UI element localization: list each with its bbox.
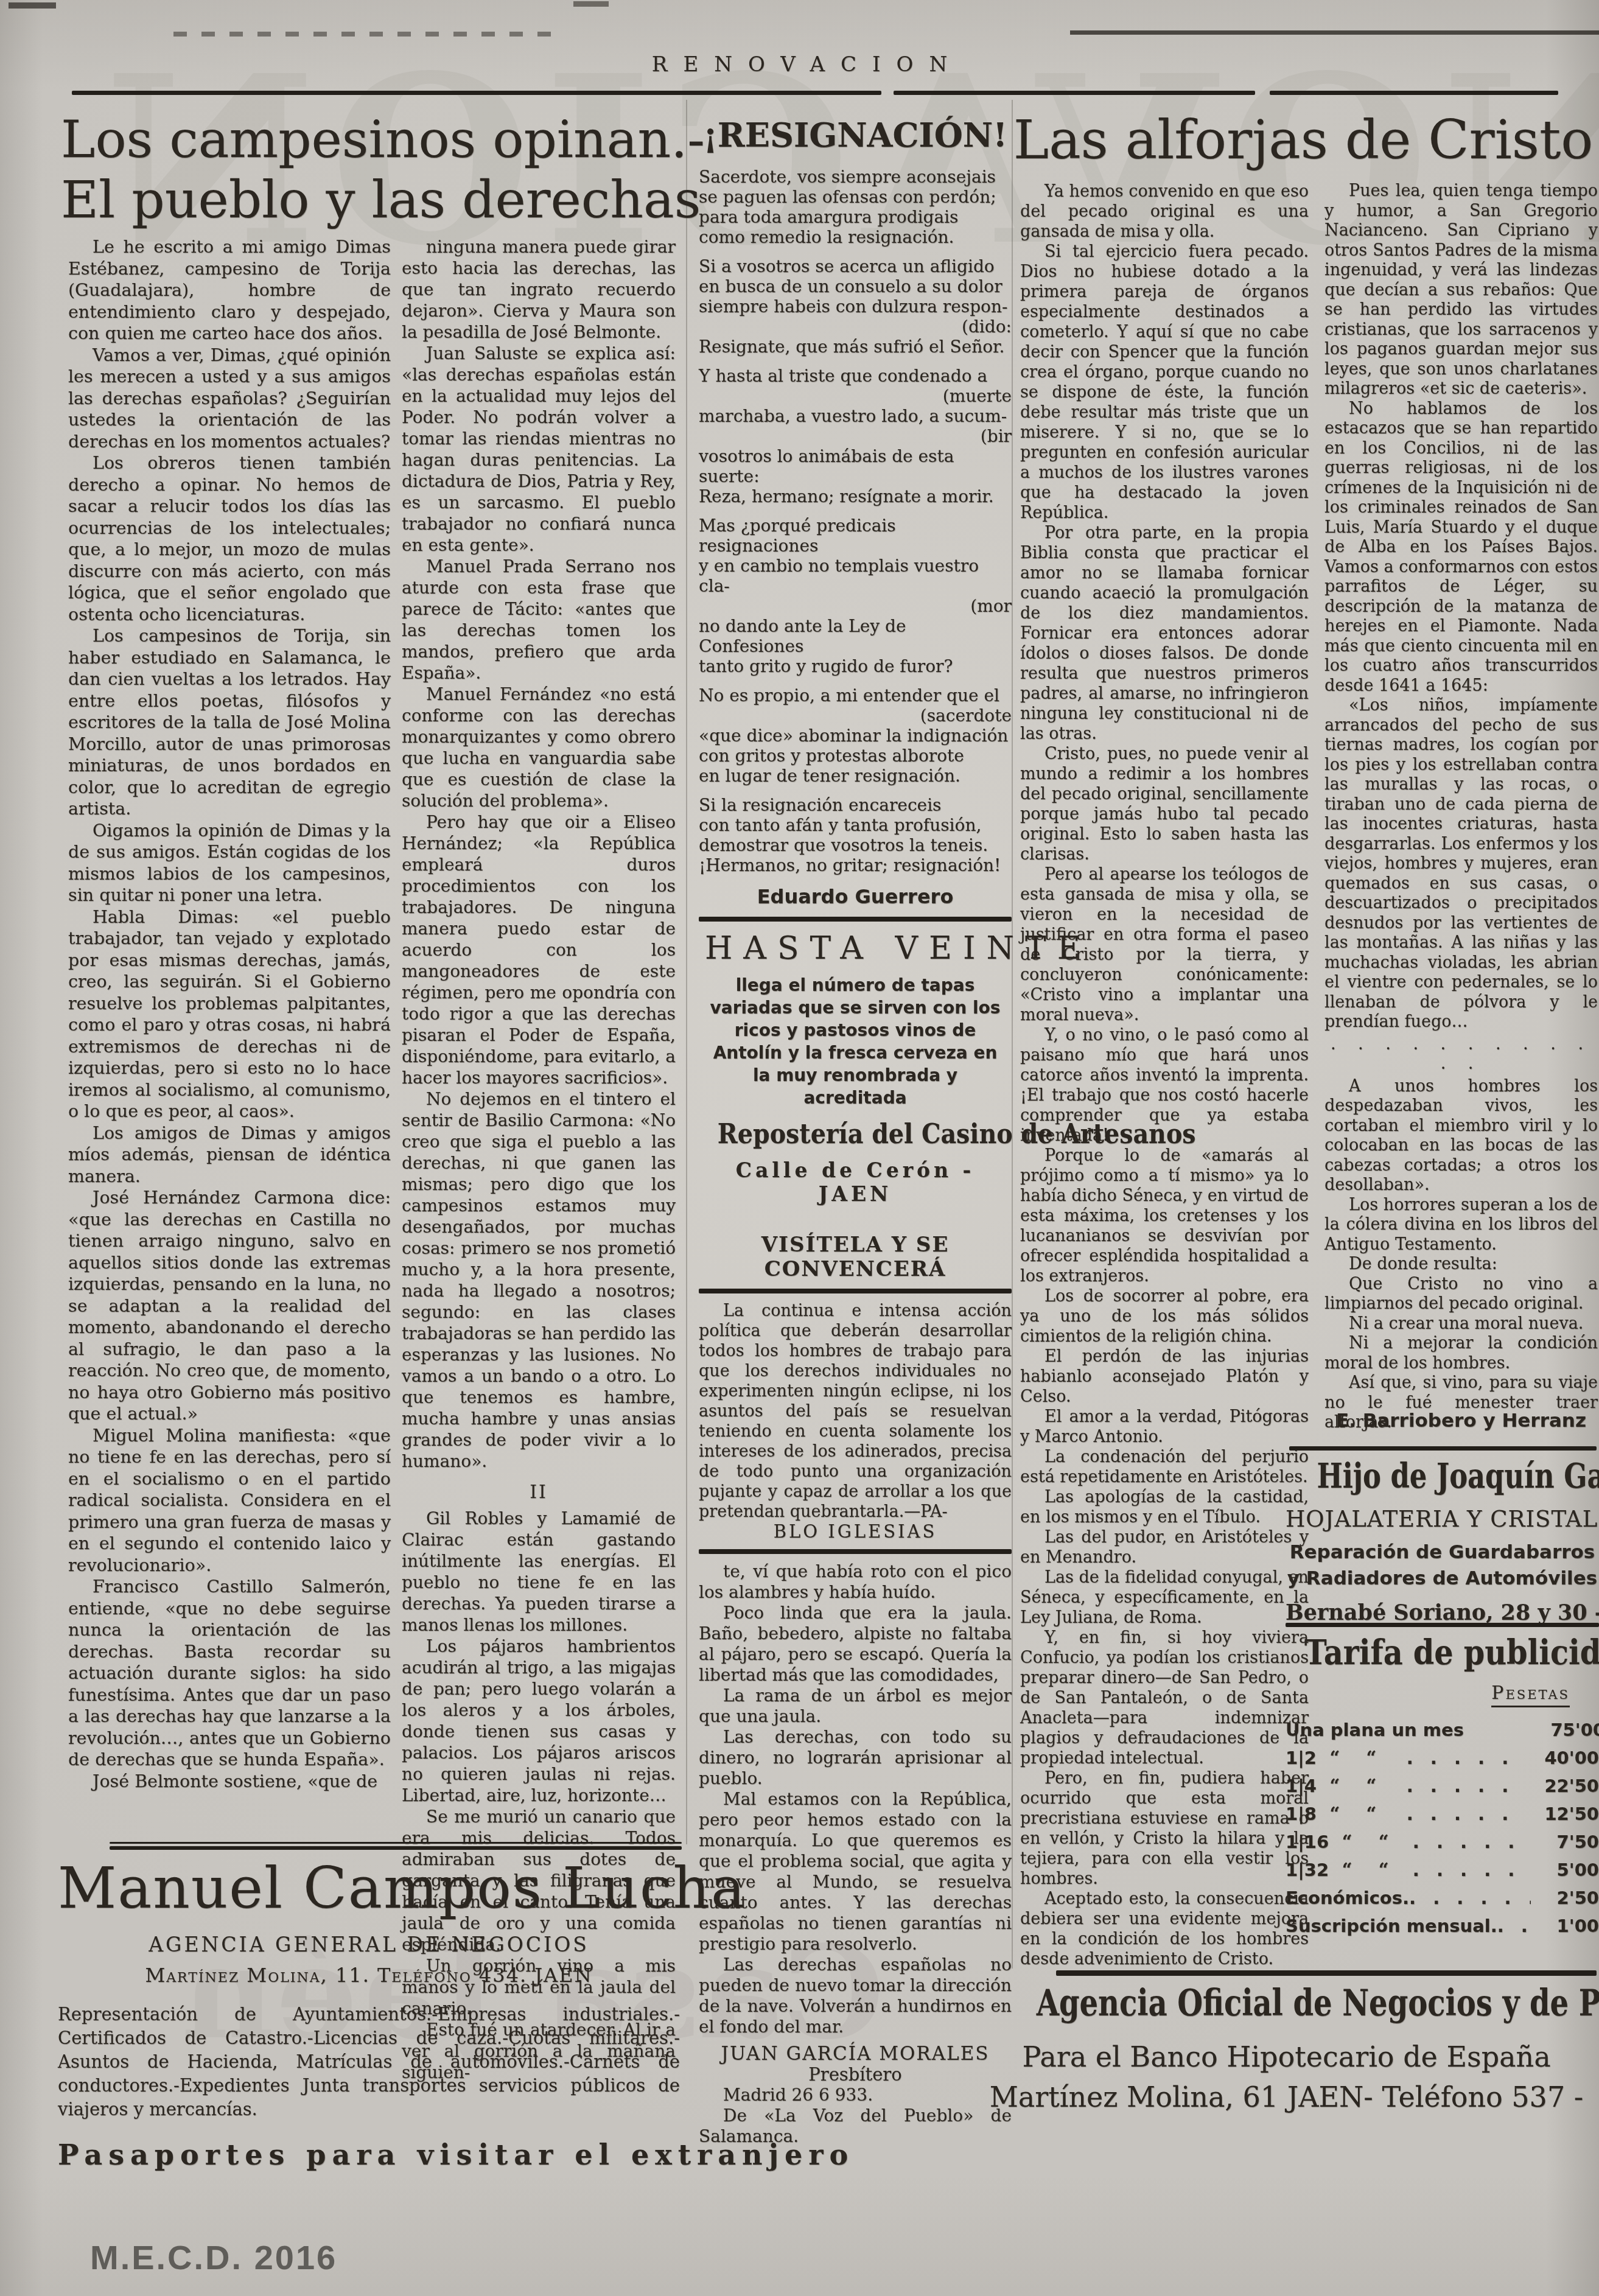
canary-article: te, ví que había roto con el pico los al… <box>699 1561 1012 2147</box>
currency-label: Pesetas <box>1286 1682 1599 1707</box>
scan-artifact <box>573 1 609 7</box>
paragraph: Oigamos la opinión de Dimas y la de sus … <box>68 820 391 906</box>
ad-address: Martínez Molina, 61 JAEN- Teléfono 537 - <box>974 2081 1599 2113</box>
rate-label: Económicos. <box>1286 1888 1409 1908</box>
poem-line: Resignate, que más sufrió el Señor. <box>699 337 1012 357</box>
poem-line: en busca de un consuelo a su dolor <box>699 276 1012 296</box>
poem-line: «que dice» abominar la indignación <box>699 726 1012 746</box>
ditto-mark: “ <box>1317 1804 1353 1824</box>
paragraph: Poco linda que era la jaula. Baño, bebed… <box>699 1603 1012 1685</box>
paragraph: Y, o no vino, o le pasó como al paisano … <box>1020 1025 1309 1146</box>
section-rule <box>699 1289 1012 1293</box>
poem-stanza: Si la resignación encareceis con tanto a… <box>699 795 1012 875</box>
paragraph: Los campesinos de Torija, sin haber estu… <box>68 625 391 820</box>
poem-line: y en cambio no templais vuestro cla- <box>699 556 1012 596</box>
ad-subtitle: HOJALATERIA Y CRISTALERIA <box>1286 1506 1599 1532</box>
ditto-mark: “ <box>1317 1748 1353 1768</box>
dot-leader: . . . . . <box>1497 1916 1531 1936</box>
poem-stanza: Mas ¿porqué predicais resignaciones y en… <box>699 516 1012 676</box>
ad-title: HASTA VEINTE <box>699 930 1012 967</box>
table-row: Económicos. . . . . . . . 2'50 <box>1286 1888 1599 1916</box>
archive-watermark: M.E.C.D. 2016 <box>90 2238 337 2277</box>
paragraph: Aceptado esto, la consecuencia debiera s… <box>1020 1889 1309 1969</box>
ad-manuel-campos: Manuel Campos Lucha AGENCIA GENERAL DE N… <box>58 1855 680 2171</box>
paragraph: Pero, en fin, pudiera haber ocurrido que… <box>1020 1768 1309 1889</box>
rate-price: 40'00 <box>1531 1748 1599 1768</box>
poem-line: con tanto afán y tanta profusión, <box>699 815 1012 835</box>
paragraph: Los horrores superan a los de la cólera … <box>1324 1195 1598 1255</box>
poem-stanza: Sacerdote, vos siempre aconsejais se pag… <box>699 167 1012 247</box>
paragraph: Habla Dimas: «el pueblo trabajador, tan … <box>68 906 391 1122</box>
table-row: 1|2 “ “ . . . . . 40'00 <box>1286 1748 1599 1776</box>
middle-column: ¡RESIGNACIÓN! Sacerdote, vos siempre aco… <box>699 116 1012 2147</box>
paragraph: Los obreros tienen también derecho a opi… <box>68 452 391 625</box>
rate-price: 5'00 <box>1531 1860 1599 1880</box>
column-rule <box>686 100 687 1844</box>
author-signature: Eduardo Guerrero <box>699 885 1012 908</box>
poem-line: se paguen las ofensas con perdón; <box>699 187 1012 207</box>
paragraph: ninguna manera puede girar esto hacia la… <box>402 236 676 343</box>
poem-line: no dando ante la Ley de Confesiones <box>699 616 1012 656</box>
ad-business-name: Hijo de Joaquín García Torres <box>1317 1456 1568 1496</box>
paragraph: Los pájaros hambrientos acudirán al trig… <box>402 1636 676 1806</box>
ditto-mark: “ <box>1317 1776 1353 1796</box>
paragraph: Que Cristo no vino a limpiarnos del peca… <box>1324 1275 1598 1314</box>
scan-artifact-line <box>1070 30 1599 35</box>
ad-business-name: Repostería del Casino de Artesanos <box>718 1118 993 1150</box>
rate-label: 1|8 <box>1286 1804 1317 1824</box>
poem-line: con gritos y protestas alborote <box>699 746 1012 766</box>
ad-rule <box>110 1842 682 1844</box>
rate-price: 1'00 <box>1531 1916 1599 1936</box>
paragraph: Y, en fin, si hoy viviera Confucio, ya p… <box>1020 1628 1309 1768</box>
author-signature: JUAN GARCÍA MORALES <box>699 2043 1012 2064</box>
ad-subtitle: AGENCIA GENERAL DE NEGOCIOS <box>58 1933 680 1956</box>
paragraph: Francisco Castillo Salmerón, entiende, «… <box>68 1576 391 1771</box>
rate-price: 7'50 <box>1531 1832 1599 1852</box>
ad-services: Representación de Ayuntamientos.-Empresa… <box>58 2003 680 2121</box>
poem-line: Y hasta al triste que condenado a <box>699 366 1012 386</box>
rate-label: 1|16 <box>1286 1832 1329 1852</box>
paragraph: Las del pudor, en Aristóteles y en Menan… <box>1020 1527 1309 1567</box>
paragraph: Por otra parte, en la propia Biblia cons… <box>1020 523 1309 744</box>
ditto-mark: “ <box>1365 1832 1402 1852</box>
poem-stanza: Y hasta al triste que condenado a (muert… <box>699 366 1012 506</box>
paragraph: Juan Saluste se explica así: «las derech… <box>402 343 676 556</box>
section-divider: II <box>402 1482 676 1503</box>
ditto-mark: “ <box>1329 1832 1365 1852</box>
poem-line: No es propio, a mi entender que el <box>699 685 1012 705</box>
ad-tagline: Pasaportes para visitar el extranjero <box>58 2138 680 2171</box>
poem-line: ¡Hermanos, no gritar; resignación! <box>699 855 1012 875</box>
ad-hojalateria: Hijo de Joaquín García Torres HOJALATERI… <box>1286 1456 1599 1625</box>
ad-business-name: Manuel Campos Lucha <box>58 1855 680 1922</box>
paragraph: Si tal ejercicio fuera pecado. Dios no h… <box>1020 242 1309 523</box>
poem-line: Si a vosotros se acerca un afligido <box>699 256 1012 276</box>
paragraph: Pero hay que oir a Eliseo Hernández; «la… <box>402 811 676 1088</box>
paragraph: El perdón de las injurias habianlo acons… <box>1020 1346 1309 1407</box>
ad-address: Calle de Cerón - JAEN <box>699 1158 1012 1206</box>
paragraph: Las apologías de la castidad, en los mis… <box>1020 1487 1309 1527</box>
table-row: 1|4 “ “ . . . . . 22'50 <box>1286 1776 1599 1804</box>
headline-line1: Los campesinos opinan.- <box>61 110 663 170</box>
paragraph: Le he escrito a mi amigo Dimas Estébanez… <box>68 236 391 345</box>
paragraph: te, ví que había roto con el pico los al… <box>699 1561 1012 1603</box>
section-rule <box>1056 1970 1597 1976</box>
paragraph: José Belmonte sostiene, «que de <box>68 1771 391 1793</box>
dot-leader: . . . . . <box>1390 1748 1531 1768</box>
paragraph: No hablamos de los estacazos que se han … <box>1324 399 1598 696</box>
poem-line: Mas ¿porqué predicais resignaciones <box>699 516 1012 556</box>
ad-address: Bernabé Soriano, 28 y 30 - JAÉN <box>1286 1600 1599 1625</box>
ditto-mark: “ <box>1353 1776 1390 1796</box>
dot-leader: . . . . . <box>1402 1860 1531 1880</box>
paragraph: Gil Robles y Lamamié de Clairac están ga… <box>402 1508 676 1636</box>
scan-artifact <box>9 2 56 9</box>
paragraph: Ni a crear una moral nueva. <box>1324 1314 1598 1334</box>
currency-label-text: Pesetas <box>1491 1682 1570 1707</box>
paragraph: Representación de Ayuntamientos.-Empresa… <box>58 2003 680 2121</box>
paragraph: Manuel Prada Serrano nos aturde con esta… <box>402 556 676 684</box>
dotted-separator: . . . . . . . . . . . . <box>1324 1035 1598 1074</box>
rate-label: Una plana un mes <box>1286 1720 1464 1740</box>
poem-line: marchaba, a vuestro lado, a sucum- <box>699 406 1012 426</box>
paragraph: Pues lea, quien tenga tiempo y humor, a … <box>1324 181 1598 399</box>
paragraph: Las derechas, con todo su dinero, no log… <box>699 1727 1012 1789</box>
ad-agencia: Agencia Oficial de Negocios y de Préstam… <box>974 1982 1599 2113</box>
ad-rule <box>110 1846 682 1850</box>
dot-leader: . . . . . . . <box>1409 1888 1531 1908</box>
section-rule <box>1289 1446 1597 1451</box>
rates-rows: Una plana un mes . . . . . . 75'00 1|2 “… <box>1286 1720 1599 1944</box>
paragraph: La condenación del perjurio está repetid… <box>1020 1447 1309 1487</box>
article-column-1: Le he escrito a mi amigo Dimas Estébanez… <box>68 236 391 1792</box>
author-signature: E. Barriobero y Herranz <box>1324 1410 1598 1432</box>
rate-price: 75'00 <box>1537 1720 1599 1740</box>
poem-line-continuation: (bir <box>699 426 1012 446</box>
paragraph: Pero al apearse los teólogos de esta gan… <box>1020 864 1309 1025</box>
ditto-mark: “ <box>1329 1860 1365 1880</box>
paragraph: A unos hombres los despedazaban vivos, l… <box>1324 1077 1598 1195</box>
poem-line: siempre habeis con dulzura respon- <box>699 296 1012 317</box>
paragraph: Las de la fidelidad conyugal, en Séneca,… <box>1020 1567 1309 1628</box>
section-rule <box>699 917 1012 922</box>
headline-alforjas: Las alforjas de Cristo <box>1007 108 1599 171</box>
poem-line-continuation: (sacerdote <box>699 705 1012 726</box>
section-rule <box>1286 1623 1599 1627</box>
author-role: Presbítero <box>699 2064 1012 2085</box>
ad-line1: Para el Banco Hipotecario de España <box>974 2040 1599 2073</box>
ditto-mark: “ <box>1353 1748 1390 1768</box>
poem-line: en lugar de tener resignación. <box>699 766 1012 786</box>
ad-services: Reparación de Guardabarros y Radiadores … <box>1286 1539 1599 1592</box>
dot-leader: . . . . . <box>1390 1804 1531 1824</box>
rates-title: Tarifa de publicidad <box>1304 1633 1580 1673</box>
masthead-rule <box>1270 91 1558 95</box>
ad-address: Martínez Molina, 11. Teléfono 434. JAEN <box>58 1964 680 1987</box>
dot-leader: . . . . . <box>1402 1832 1531 1852</box>
poem-line: Si la resignación encareceis <box>699 795 1012 815</box>
rate-label: Suscripción mensual. <box>1286 1916 1497 1936</box>
masthead-title: RENOVACION <box>0 52 1599 77</box>
masthead-rule <box>72 91 881 95</box>
newspaper-page: RENOVACION Casa Jaén RENOVACION Los camp… <box>0 0 1599 2296</box>
dot-leader: . . . . . <box>1390 1776 1531 1796</box>
headline-resignacion: ¡RESIGNACIÓN! <box>699 116 1012 155</box>
poem-line-continuation: (muerte <box>699 386 1012 406</box>
article-column-4: Ya hemos convenido en que eso del pecado… <box>1020 181 1309 1969</box>
rate-price: 22'50 <box>1531 1776 1599 1796</box>
paragraph: La continua e intensa acción política qu… <box>699 1301 1012 1522</box>
poem-line: como remedio la resignación. <box>699 227 1012 247</box>
quote-attribution: BLO IGLESIAS <box>699 1522 1012 1542</box>
table-row: 1|8 “ “ . . . . . 12'50 <box>1286 1804 1599 1832</box>
ad-hasta-veinte: HASTA VEINTE llega el número de tapas va… <box>699 930 1012 1281</box>
ad-tagline: VISÍTELA Y SE CONVENCERÁ <box>699 1233 1012 1281</box>
poem-line: para toda amargura prodigais <box>699 207 1012 227</box>
paragraph: Manuel Fernández «no está conforme con l… <box>402 684 676 811</box>
scan-artifact-dashes <box>173 32 554 37</box>
table-row: 1|32 “ “ . . . . . 5'00 <box>1286 1860 1599 1888</box>
poem-line: Reza, hermano; resígnate a morir. <box>699 486 1012 506</box>
article-column-2: ninguna manera puede girar esto hacia la… <box>402 236 676 2083</box>
table-row: Una plana un mes . . . . . . 75'00 <box>1286 1720 1599 1748</box>
rate-label: 1|2 <box>1286 1748 1317 1768</box>
poem-line-continuation: (dido: <box>699 317 1012 337</box>
ditto-mark: “ <box>1353 1804 1390 1824</box>
ad-business-name: Agencia Oficial de Negocios y de Préstam… <box>1037 1982 1537 2025</box>
rate-price: 12'50 <box>1531 1804 1599 1824</box>
paragraph: El amor a la verdad, Pitógoras y Marco A… <box>1020 1407 1309 1447</box>
rate-price: 2'50 <box>1531 1888 1599 1908</box>
rate-label: 1|32 <box>1286 1860 1329 1880</box>
paragraph: Miguel Molina manifiesta: «que no tiene … <box>68 1425 391 1577</box>
paragraph: Los de socorrer al pobre, era ya uno de … <box>1020 1286 1309 1346</box>
poem-stanza: No es propio, a mi entender que el (sace… <box>699 685 1012 786</box>
paragraph: No dejemos en el tintero el sentir de Ba… <box>402 1088 676 1472</box>
paragraph: Porque lo de «amarás al prójimo como a t… <box>1020 1146 1309 1286</box>
poem-stanza: Si a vosotros se acerca un afligido en b… <box>699 256 1012 357</box>
paragraph: Cristo, pues, no puede venir al mundo a … <box>1020 744 1309 864</box>
rate-label: 1|4 <box>1286 1776 1317 1796</box>
column-rule <box>1012 100 1013 1969</box>
article-column-5: Pues lea, quien tenga tiempo y humor, a … <box>1324 181 1598 1433</box>
ditto-mark: “ <box>1365 1860 1402 1880</box>
paragraph: José Hernández Carmona dice: «que las de… <box>68 1187 391 1425</box>
poem-line-continuation: (mor <box>699 596 1012 616</box>
paragraph: Vamos a ver, Dimas, ¿qué opinión les mer… <box>68 345 391 453</box>
paragraph: Ya hemos convenido en que eso del pecado… <box>1020 181 1309 242</box>
paragraph: Los amigos de Dimas y amigos míos además… <box>68 1122 391 1188</box>
ad-body: llega el número de tapas variadas que se… <box>709 974 1002 1109</box>
pablo-iglesias-quote: La continua e intensa acción política qu… <box>699 1301 1012 1542</box>
paragraph: La rama de un árbol es mejor que una jau… <box>699 1685 1012 1727</box>
poem-line: tanto grito y rugido de furor? <box>699 656 1012 676</box>
table-row: Suscripción mensual. . . . . . 1'00 <box>1286 1916 1599 1944</box>
headline-campesinos: Los campesinos opinan.- El pueblo y las … <box>61 110 663 230</box>
masthead-rule <box>894 91 1255 95</box>
paragraph: Las derechas españolas no pueden de nuev… <box>699 1955 1012 2037</box>
table-row: 1|16 “ “ . . . . . 7'50 <box>1286 1832 1599 1860</box>
poem-line: vosotros lo animábais de esta suerte: <box>699 446 1012 486</box>
poem-line: Sacerdote, vos siempre aconsejais <box>699 167 1012 187</box>
section-rule <box>699 1549 1012 1554</box>
paragraph: «Los niños, impíamente arrancados del pe… <box>1324 696 1598 1032</box>
paragraph: De donde resulta: <box>1324 1255 1598 1275</box>
headline-line2: El pueblo y las derechas <box>61 170 663 230</box>
ad-rates-table: Tarifa de publicidad Pesetas Una plana u… <box>1286 1633 1599 1944</box>
poem-line: demostrar que vosotros la teneis. <box>699 835 1012 855</box>
paragraph: Ni a mejorar la condición moral de los h… <box>1324 1334 1598 1373</box>
dateline: Madrid 26 6 933. <box>699 2085 1012 2105</box>
